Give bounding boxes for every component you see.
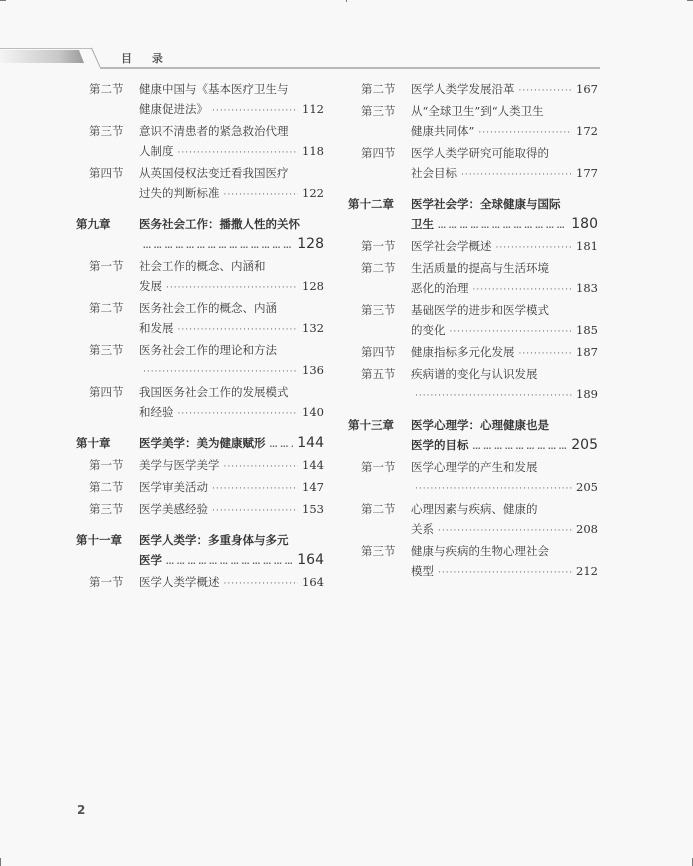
toc-left-column: 第二节健康中国与《基本医疗卫生与健康促进法》112第三节意识不清患者的紧急救治代… [76, 79, 324, 594]
chapter-title-text: 医学 [139, 550, 162, 570]
page-ref: 177 [576, 163, 598, 183]
toc-section-entry[interactable]: 第三节基础医学的进步和医学模式的变化185 [348, 300, 598, 342]
section-title-text: 健康促进法》 [139, 99, 208, 119]
section-title-text: 医学人类学概述 [139, 572, 220, 592]
page-ref: 132 [302, 318, 324, 338]
dot-leader [143, 362, 298, 382]
section-title-text: 社会工作的概念、内涵和 [139, 256, 266, 276]
section-label: 第三节 [89, 121, 124, 141]
section-title-text: 从“全球卫生”到“人类卫生 [411, 101, 544, 121]
section-title-text: 过失的判断标准 [139, 183, 220, 203]
crop-mark-top-left [0, 0, 6, 1]
chapter-label: 第九章 [76, 214, 111, 234]
dot-leader [224, 574, 299, 594]
toc-chapter-entry[interactable]: 第十章医学美学：美为健康赋形144 [76, 433, 324, 455]
section-title-text: 医学社会学概述 [411, 236, 492, 256]
page-ref: 183 [576, 278, 598, 298]
section-label: 第三节 [89, 340, 124, 360]
toc-section-entry[interactable]: 第四节我国医务社会工作的发展模式和经验140 [76, 382, 324, 424]
page-ref: 164 [302, 572, 324, 592]
section-label: 第五节 [361, 364, 396, 384]
page-ref: 118 [302, 141, 324, 161]
page-ref: 167 [576, 79, 598, 99]
section-label: 第二节 [89, 79, 124, 99]
header-slant-line [91, 48, 100, 68]
page-ref: 189 [576, 384, 598, 404]
section-title-text: 健康与疾病的生物心理社会 [411, 541, 549, 561]
dot-leader [224, 457, 299, 477]
crop-mark-top-center [346, 0, 347, 2]
section-title-text: 疾病谱的变化与认识发展 [411, 364, 538, 384]
page-ref: 212 [576, 561, 598, 581]
toc-section-entry[interactable]: 第三节医学美感经验153 [76, 499, 324, 521]
chapter-label: 第十三章 [348, 415, 394, 435]
page-ref: 112 [302, 99, 324, 119]
page-ref: 164 [297, 550, 324, 570]
section-title-text: 的变化 [411, 320, 446, 340]
page-ref: 122 [302, 183, 324, 203]
dot-leader [519, 81, 573, 101]
crop-mark-bottom-left [0, 858, 1, 866]
section-title-text: 心理因素与疾病、健康的 [411, 499, 538, 519]
section-label: 第二节 [361, 79, 396, 99]
dot-leader [270, 435, 294, 455]
page-ref: 187 [576, 342, 598, 362]
page-ref: 144 [302, 455, 324, 475]
page-ref: 180 [571, 214, 598, 234]
section-title-text: 发展 [139, 276, 162, 296]
section-title-text: 美学与医学美学 [139, 455, 220, 475]
page-ref: 208 [576, 519, 598, 539]
section-title-text: 健康共同体” [411, 121, 474, 141]
toc-section-entry[interactable]: 第二节健康中国与《基本医疗卫生与健康促进法》112 [76, 79, 324, 121]
chapter-title-text: 医学美学：美为健康赋形 [139, 433, 266, 453]
dot-leader [473, 437, 568, 457]
dot-leader [415, 479, 572, 499]
chapter-label: 第十一章 [76, 530, 122, 550]
section-title-text: 意识不清患者的紧急救治代理 [139, 121, 289, 141]
dot-leader [178, 404, 299, 424]
toc-section-entry[interactable]: 第三节意识不清患者的紧急救治代理人制度118 [76, 121, 324, 163]
section-title-text: 健康中国与《基本医疗卫生与 [139, 79, 289, 99]
dot-leader [415, 386, 572, 406]
dot-leader [166, 278, 298, 298]
section-label: 第一节 [361, 236, 396, 256]
chapter-title-text: 医学心理学：心理健康也是 [411, 415, 549, 435]
page-number: 2 [77, 803, 85, 817]
chapter-title-text: 卫生 [411, 214, 434, 234]
section-title-text: 基础医学的进步和医学模式 [411, 300, 549, 320]
section-title-text: 和发展 [139, 318, 174, 338]
toc-section-entry[interactable]: 第四节健康指标多元化发展187 [348, 342, 598, 364]
section-title-text: 医务社会工作的概念、内涵 [139, 298, 277, 318]
section-title-text: 社会目标 [411, 163, 457, 183]
section-title-text: 医学审美活动 [139, 477, 208, 497]
chapter-title-text: 医学的目标 [411, 435, 469, 455]
toc-section-entry[interactable]: 第一节医学心理学的产生和发展205 [348, 457, 598, 499]
dot-leader [166, 552, 293, 572]
toc-section-entry[interactable]: 第三节从“全球卫生”到“人类卫生健康共同体”172 [348, 101, 598, 143]
section-label: 第一节 [89, 455, 124, 475]
header-rule [100, 67, 600, 69]
section-label: 第三节 [361, 541, 396, 561]
section-label: 第二节 [361, 258, 396, 278]
dot-leader [496, 238, 573, 258]
toc-chapter-entry[interactable]: 第九章医务社会工作：播撒人性的关怀128 [76, 214, 324, 256]
dot-leader [212, 501, 298, 521]
section-label: 第一节 [361, 457, 396, 477]
page-ref: 153 [302, 499, 324, 519]
section-title-text: 和经验 [139, 402, 174, 422]
section-label: 第二节 [89, 298, 124, 318]
section-label: 第二节 [89, 477, 124, 497]
chapter-label: 第十章 [76, 433, 111, 453]
section-label: 第三节 [361, 101, 396, 121]
section-title-text: 模型 [411, 561, 434, 581]
section-title-text: 恶化的治理 [411, 278, 469, 298]
toc-chapter-entry[interactable]: 第十一章医学人类学：多重身体与多元医学164 [76, 530, 324, 572]
toc-section-entry[interactable]: 第四节医学人类学研究可能取得的社会目标177 [348, 143, 598, 185]
dot-leader [450, 322, 573, 342]
dot-leader [461, 165, 572, 185]
dot-leader [519, 344, 573, 364]
section-title-text: 医务社会工作的理论和方法 [139, 340, 277, 360]
toc-section-entry[interactable]: 第三节健康与疾病的生物心理社会模型212 [348, 541, 598, 583]
section-label: 第三节 [361, 300, 396, 320]
section-label: 第四节 [89, 163, 124, 183]
page-ref: 181 [576, 236, 598, 256]
page-ref: 172 [576, 121, 598, 141]
toc-section-entry[interactable]: 第三节医务社会工作的理论和方法136 [76, 340, 324, 382]
section-label: 第二节 [361, 499, 396, 519]
header-decoration-line [0, 48, 92, 49]
dot-leader [212, 479, 298, 499]
page-ref: 136 [302, 360, 324, 380]
page-ref: 147 [302, 477, 324, 497]
section-label: 第一节 [89, 572, 124, 592]
crop-mark-top-right [687, 0, 693, 1]
toc-section-entry[interactable]: 第二节医务社会工作的概念、内涵和发展132 [76, 298, 324, 340]
page-ref: 128 [297, 234, 324, 254]
dot-leader [473, 280, 573, 300]
section-title-text: 人制度 [139, 141, 174, 161]
section-title-text: 医学人类学研究可能取得的 [411, 143, 549, 163]
dot-leader [224, 185, 299, 205]
dot-leader [178, 143, 299, 163]
chapter-title-text: 医务社会工作：播撒人性的关怀 [139, 214, 300, 234]
page-ref: 205 [571, 435, 598, 455]
section-title-text: 医学人类学发展沿革 [411, 79, 515, 99]
page-ref: 205 [576, 477, 598, 497]
section-title-text: 生活质量的提高与生活环境 [411, 258, 549, 278]
page-ref: 185 [576, 320, 598, 340]
toc-section-entry[interactable]: 第二节医学人类学发展沿革167 [348, 79, 598, 101]
chapter-title-text: 医学人类学：多重身体与多元 [139, 530, 289, 550]
toc-chapter-entry[interactable]: 第十三章医学心理学：心理健康也是医学的目标205 [348, 415, 598, 457]
section-title-text: 关系 [411, 519, 434, 539]
section-title-text: 健康指标多元化发展 [411, 342, 515, 362]
section-title-text: 从英国侵权法变迁看我国医疗 [139, 163, 289, 183]
dot-leader [143, 236, 293, 256]
section-label: 第三节 [89, 499, 124, 519]
chapter-label: 第十二章 [348, 194, 394, 214]
chapter-title-text: 医学社会学：全球健康与国际 [411, 194, 561, 214]
page-ref: 144 [297, 433, 324, 453]
header-gradient-bar [0, 50, 84, 63]
section-title-text: 医学心理学的产生和发展 [411, 457, 538, 477]
toc-section-entry[interactable]: 第一节医学人类学概述164 [76, 572, 324, 594]
dot-leader [178, 320, 299, 340]
toc-section-entry[interactable]: 第四节从英国侵权法变迁看我国医疗过失的判断标准122 [76, 163, 324, 205]
toc-section-entry[interactable]: 第一节社会工作的概念、内涵和发展128 [76, 256, 324, 298]
toc-section-entry[interactable]: 第二节医学审美活动147 [76, 477, 324, 499]
dot-leader [478, 123, 572, 143]
toc-section-entry[interactable]: 第五节疾病谱的变化与认识发展189 [348, 364, 598, 406]
toc-section-entry[interactable]: 第二节生活质量的提高与生活环境恶化的治理183 [348, 258, 598, 300]
toc-section-entry[interactable]: 第二节心理因素与疾病、健康的关系208 [348, 499, 598, 541]
section-label: 第四节 [361, 342, 396, 362]
section-label: 第四节 [361, 143, 396, 163]
dot-leader [212, 101, 298, 121]
section-label: 第一节 [89, 256, 124, 276]
toc-right-column: 第二节医学人类学发展沿革167第三节从“全球卫生”到“人类卫生健康共同体”172… [348, 79, 598, 583]
section-label: 第四节 [89, 382, 124, 402]
page-ref: 140 [302, 402, 324, 422]
dot-leader [438, 563, 572, 583]
dot-leader [438, 521, 572, 541]
header-title: 目 录 [121, 50, 171, 66]
section-title-text: 我国医务社会工作的发展模式 [139, 382, 289, 402]
toc-section-entry[interactable]: 第一节医学社会学概述181 [348, 236, 598, 258]
dot-leader [438, 216, 567, 236]
section-title-text: 医学美感经验 [139, 499, 208, 519]
toc-chapter-entry[interactable]: 第十二章医学社会学：全球健康与国际卫生180 [348, 194, 598, 236]
page-ref: 128 [302, 276, 324, 296]
toc-section-entry[interactable]: 第一节美学与医学美学144 [76, 455, 324, 477]
